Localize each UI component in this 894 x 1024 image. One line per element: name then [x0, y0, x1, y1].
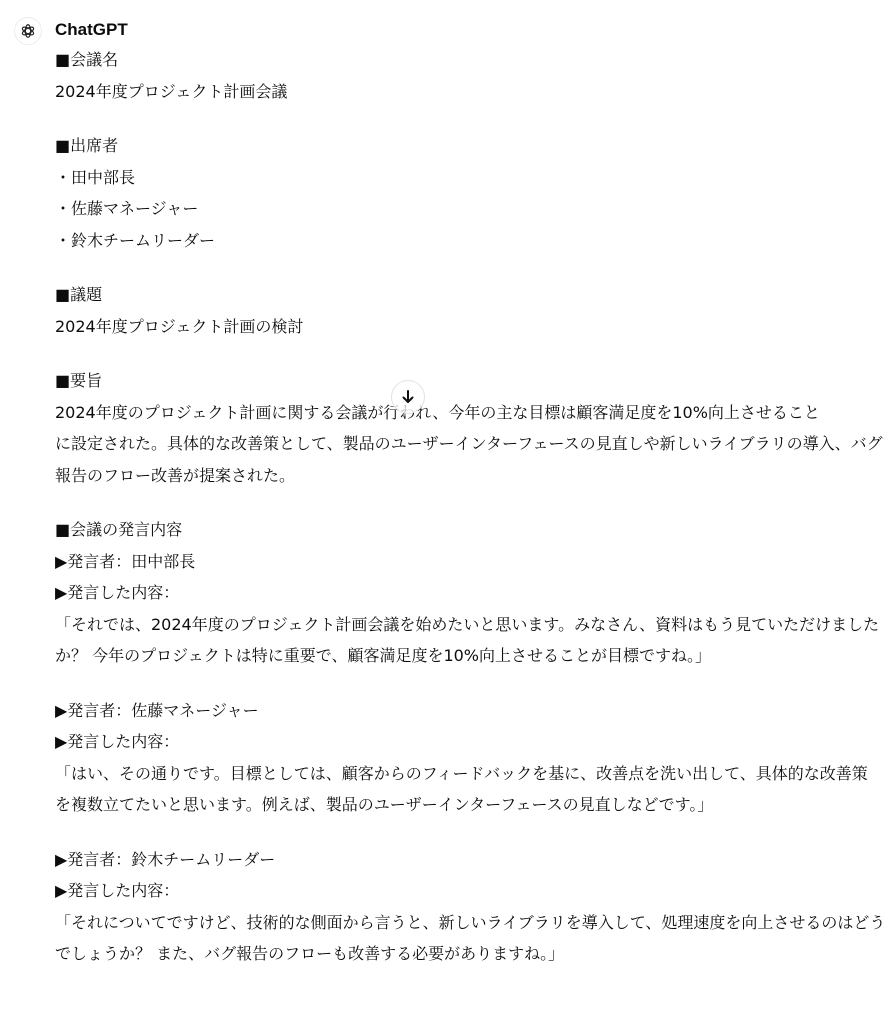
scroll-to-bottom-button[interactable] — [391, 380, 425, 414]
remark-block: ▶発言者：田中部長 ▶発言した内容： 「それでは、2024年度のプロジェクト計画… — [55, 546, 845, 672]
summary-line: に設定された。具体的な改善策として、製品のユーザーインターフェースの見直しや新し… — [55, 428, 845, 460]
section-heading-summary: ■要旨 — [55, 365, 845, 397]
remark-block: ▶発言者：佐藤マネージャー ▶発言した内容： 「はい、その通りです。目標としては… — [55, 695, 845, 821]
content-label: ▶発言した内容： — [55, 577, 845, 609]
attendee-item: ・佐藤マネージャー — [55, 193, 845, 225]
remark-line: 「はい、その通りです。目標としては、顧客からのフィードバックを基に、改善点を洗い… — [55, 758, 845, 790]
meeting-name: 2024年度プロジェクト計画会議 — [55, 76, 845, 108]
speaker-label: ▶発言者：鈴木チームリーダー — [55, 844, 845, 876]
remark-line: 「それでは、2024年度のプロジェクト計画会議を始めたいと思います。みなさん、資… — [55, 609, 845, 641]
remark-block: ▶発言者：鈴木チームリーダー ▶発言した内容： 「それについてですけど、技術的な… — [55, 844, 845, 970]
remark-line: か？ 今年のプロジェクトは特に重要で、顧客満足度を10%向上させることが目標です… — [55, 640, 845, 672]
agenda: 2024年度プロジェクト計画の検討 — [55, 311, 845, 343]
section-heading-remarks: ■会議の発言内容 — [55, 514, 845, 546]
section-heading-meeting-name: ■会議名 — [55, 44, 845, 76]
summary-line: 2024年度のプロジェクト計画に関する会議が行われ、今年の主な目標は顧客満足度を… — [55, 397, 845, 429]
attendee-item: ・田中部長 — [55, 162, 845, 194]
remark-line: を複数立てたいと思います。例えば、製品のユーザーインターフェースの見直しなどです… — [55, 789, 845, 821]
summary-line: 報告のフロー改善が提案された。 — [55, 460, 845, 492]
section-heading-agenda: ■議題 — [55, 279, 845, 311]
content-label: ▶発言した内容： — [55, 875, 845, 907]
remark-line: 「それについてですけど、技術的な側面から言うと、新しいライブラリを導入して、処理… — [55, 907, 845, 939]
section-heading-attendees: ■出席者 — [55, 130, 845, 162]
arrow-down-icon — [400, 389, 416, 405]
speaker-label: ▶発言者：田中部長 — [55, 546, 845, 578]
openai-logo-icon — [18, 21, 38, 41]
author-name: ChatGPT — [55, 18, 128, 42]
speaker-label: ▶発言者：佐藤マネージャー — [55, 695, 845, 727]
avatar — [14, 17, 42, 45]
remark-line: でしょうか？ また、バグ報告のフローも改善する必要がありますね。」 — [55, 938, 845, 970]
content-label: ▶発言した内容： — [55, 726, 845, 758]
attendee-item: ・鈴木チームリーダー — [55, 225, 845, 257]
message-content: ■会議名 2024年度プロジェクト計画会議 ■出席者 ・田中部長 ・佐藤マネージ… — [55, 44, 845, 970]
